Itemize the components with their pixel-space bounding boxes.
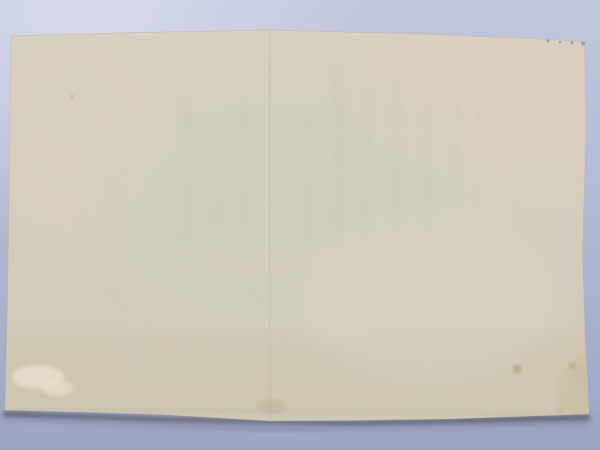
photo-of-blank-aged-paper	[0, 0, 600, 450]
paper-grain-texture	[0, 25, 600, 430]
paper-surface-details	[0, 20, 600, 430]
photo-canvas	[0, 0, 600, 450]
